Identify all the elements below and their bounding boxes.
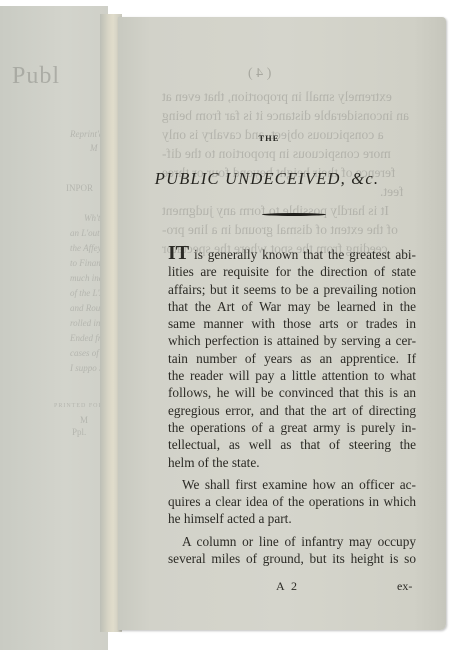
left-ghost-line: an L'outl (70, 227, 102, 240)
paragraph-1: IT is generally known that the greatest … (168, 245, 416, 471)
text-line: follows, he will be convinced that this … (168, 384, 416, 401)
text-line: affairs; but it seems to be a prevailing… (168, 281, 416, 298)
left-page-ghost-text: Publ Reprint'd fo M INPOR Wh't the St an… (0, 6, 108, 650)
text-line: helm of the state. (168, 454, 416, 471)
text-line: We shall first examine how an officer ac… (168, 476, 416, 493)
left-ghost-line: cases of (70, 347, 99, 360)
bleed-line: of the extent of dismal ground in a line… (162, 222, 398, 238)
left-ghost-imprint: Ppl. (72, 426, 86, 439)
signature-mark: A 2 (276, 579, 299, 594)
text-line: egregious error, and that the art of dir… (168, 402, 416, 419)
heading-the: THE (0, 133, 466, 143)
text-line: tellectual, as well as that of steering … (168, 436, 416, 453)
body-text: IT is generally known that the greatest … (168, 245, 416, 567)
text-line: which perfection is attained by serving … (168, 332, 416, 349)
bleed-line: It is hardly possible to form any judgme… (162, 203, 389, 219)
left-ghost-line: to Finan (70, 257, 101, 270)
text-line: A column or line of infantry may occupy (168, 533, 416, 550)
text-line: the reader will pay a little attention t… (168, 367, 416, 384)
left-page: Publ Reprint'd fo M INPOR Wh't the St an… (0, 6, 108, 650)
bleed-line: more conspicuous in proportion to the di… (162, 146, 391, 162)
drop-cap: IT (168, 242, 189, 264)
bleed-line: an inconsiderable distance it is far fro… (162, 108, 409, 124)
paragraph-3: A column or line of infantry may occupy … (168, 533, 416, 568)
text-line: lities are requisite for the direction o… (168, 263, 416, 280)
paragraph-2: We shall first examine how an officer ac… (168, 476, 416, 528)
left-ghost-line: M (90, 142, 98, 155)
text-line: the operations of a great army is purely… (168, 419, 416, 436)
page-title: PUBLIC UNDECEIVED, &c. (0, 169, 466, 189)
left-ghost-line: rolled in (70, 317, 100, 330)
left-ghost-title: Publ (12, 70, 60, 83)
left-ghost-imprint: PRINTED FOR (54, 400, 104, 413)
bleed-line: extremely small in proportion, that even… (162, 89, 392, 105)
bleed-page-number: ( 4 ) (248, 66, 271, 82)
title-rule-divider (262, 213, 326, 216)
text-line: that the Art of War may be learned in th… (168, 298, 416, 315)
text-line: same manner with those arts or trades in (168, 315, 416, 332)
text-line: several miles of ground, but its height … (168, 550, 416, 567)
catchword: ex- (397, 579, 412, 594)
text-line: he himself acted a part. (168, 510, 416, 527)
text-line: quires a clear idea of the operations in… (168, 493, 416, 510)
text-line: IT is generally known that the greatest … (168, 245, 416, 263)
text-line: tain number of years as an apprentice. I… (168, 350, 416, 367)
